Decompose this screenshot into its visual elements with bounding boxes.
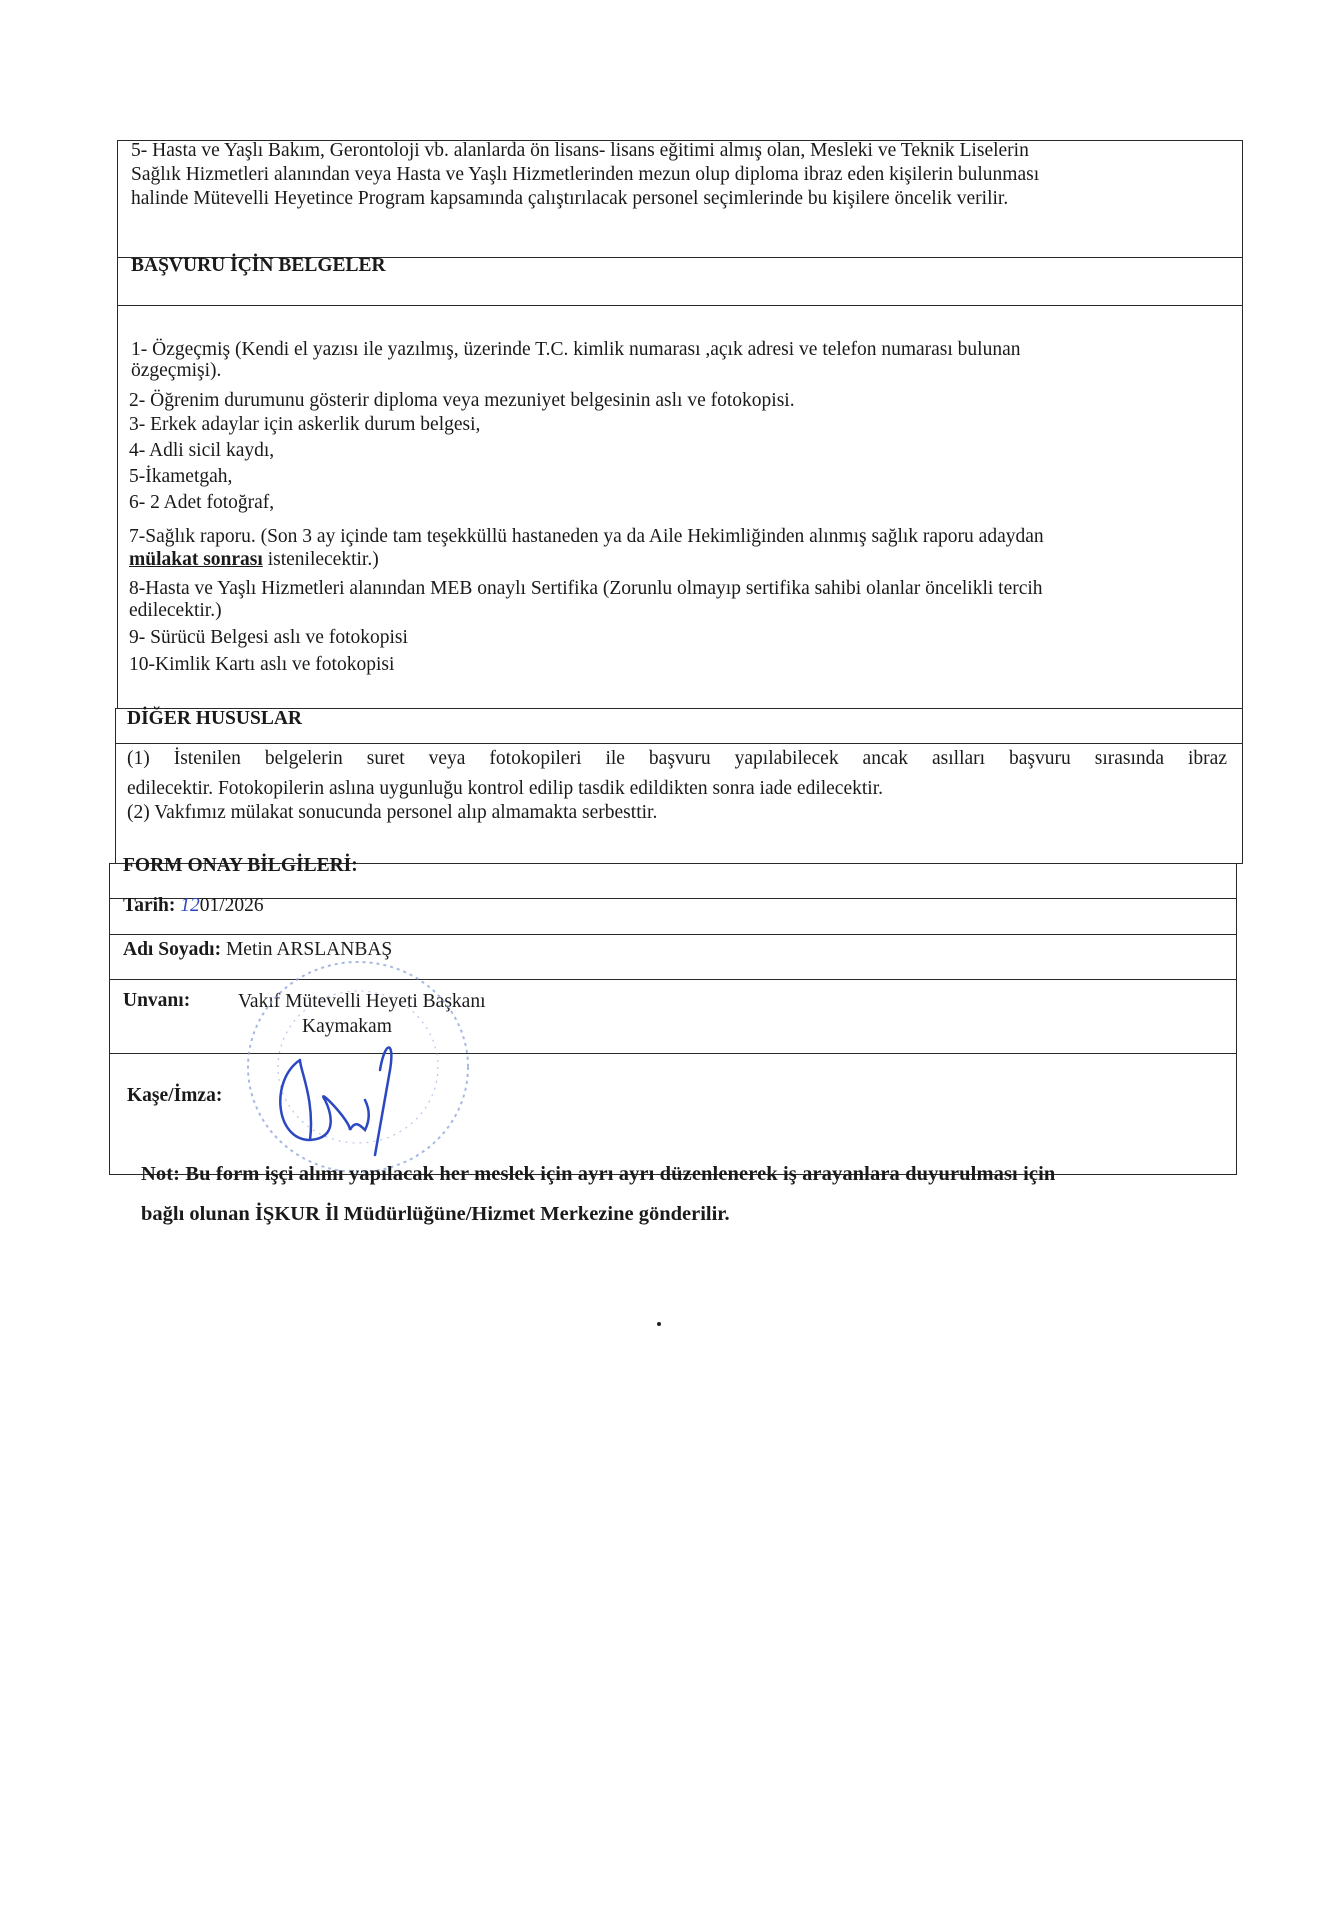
other-heading-divider bbox=[115, 743, 1243, 744]
document-item-3: 3- Erkek adaylar için askerlik durum bel… bbox=[129, 414, 480, 436]
document-item-9: 9- Sürücü Belgesi aslı ve fotokopisi bbox=[129, 627, 408, 649]
criteria-line-2: Sağlık Hizmetleri alanından veya Hasta v… bbox=[131, 164, 1039, 186]
criteria-line-3: halinde Mütevelli Heyetince Program kaps… bbox=[131, 188, 1008, 210]
documents-heading-divider bbox=[117, 305, 1243, 306]
document-item-7-cont: mülakat sonrası istenilecektir.) bbox=[129, 549, 379, 571]
document-item-6: 6- 2 Adet fotoğraf, bbox=[129, 492, 274, 514]
interview-emphasis: mülakat sonrası bbox=[129, 549, 263, 570]
stamp-signature-label: Kaşe/İmza: bbox=[127, 1085, 222, 1107]
title-label: Unvanı: bbox=[123, 990, 190, 1012]
date-row: Tarih: 1201/2026 bbox=[123, 895, 264, 917]
scan-dot bbox=[657, 1322, 661, 1326]
document-item-1-cont: özgeçmişi). bbox=[131, 360, 221, 382]
document-item-2: 2- Öğrenim durumunu gösterir diploma vey… bbox=[129, 390, 795, 412]
document-item-8-cont: edilecektir.) bbox=[129, 600, 222, 622]
document-item-7: 7-Sağlık raporu. (Son 3 ay içinde tam te… bbox=[129, 526, 1044, 548]
criteria-line-1: 5- Hasta ve Yaşlı Bakım, Gerontoloji vb.… bbox=[131, 140, 1029, 162]
document-item-1: 1- Özgeçmiş (Kendi el yazısı ile yazılmı… bbox=[131, 339, 1021, 361]
date-label: Tarih: bbox=[123, 895, 175, 916]
document-item-5: 5-İkametgah, bbox=[129, 466, 232, 488]
other-item-2: (2) Vakfımız mülakat sonucunda personel … bbox=[127, 802, 657, 824]
documents-heading: BAŞVURU İÇİN BELGELER bbox=[131, 255, 386, 277]
document-item-8: 8-Hasta ve Yaşlı Hizmetleri alanından ME… bbox=[129, 578, 1043, 600]
approval-heading: FORM ONAY BİLGİLERİ: bbox=[123, 855, 358, 877]
document-item-7-rest: istenilecektir.) bbox=[263, 549, 379, 570]
document-item-10: 10-Kimlik Kartı aslı ve fotokopisi bbox=[129, 654, 394, 676]
note-line-1: Not: Bu form işçi alımı yapılacak her me… bbox=[141, 1163, 1055, 1185]
name-label: Adı Soyadı: bbox=[123, 939, 221, 960]
date-handwritten-day: 12 bbox=[180, 895, 200, 916]
approval-divider-1 bbox=[109, 898, 1237, 899]
other-heading: DİĞER HUSUSLAR bbox=[127, 708, 302, 730]
other-item-1-cont: edilecektir. Fotokopilerin aslına uygunl… bbox=[127, 778, 883, 800]
date-value: 01/2026 bbox=[200, 895, 264, 916]
document-item-4: 4- Adli sicil kaydı, bbox=[129, 440, 274, 462]
other-item-1: (1) İstenilen belgelerin suret veya foto… bbox=[127, 748, 1227, 770]
note-line-2: bağlı olunan İŞKUR İl Müdürlüğüne/Hizmet… bbox=[141, 1203, 730, 1225]
approval-divider-2 bbox=[109, 934, 1237, 935]
